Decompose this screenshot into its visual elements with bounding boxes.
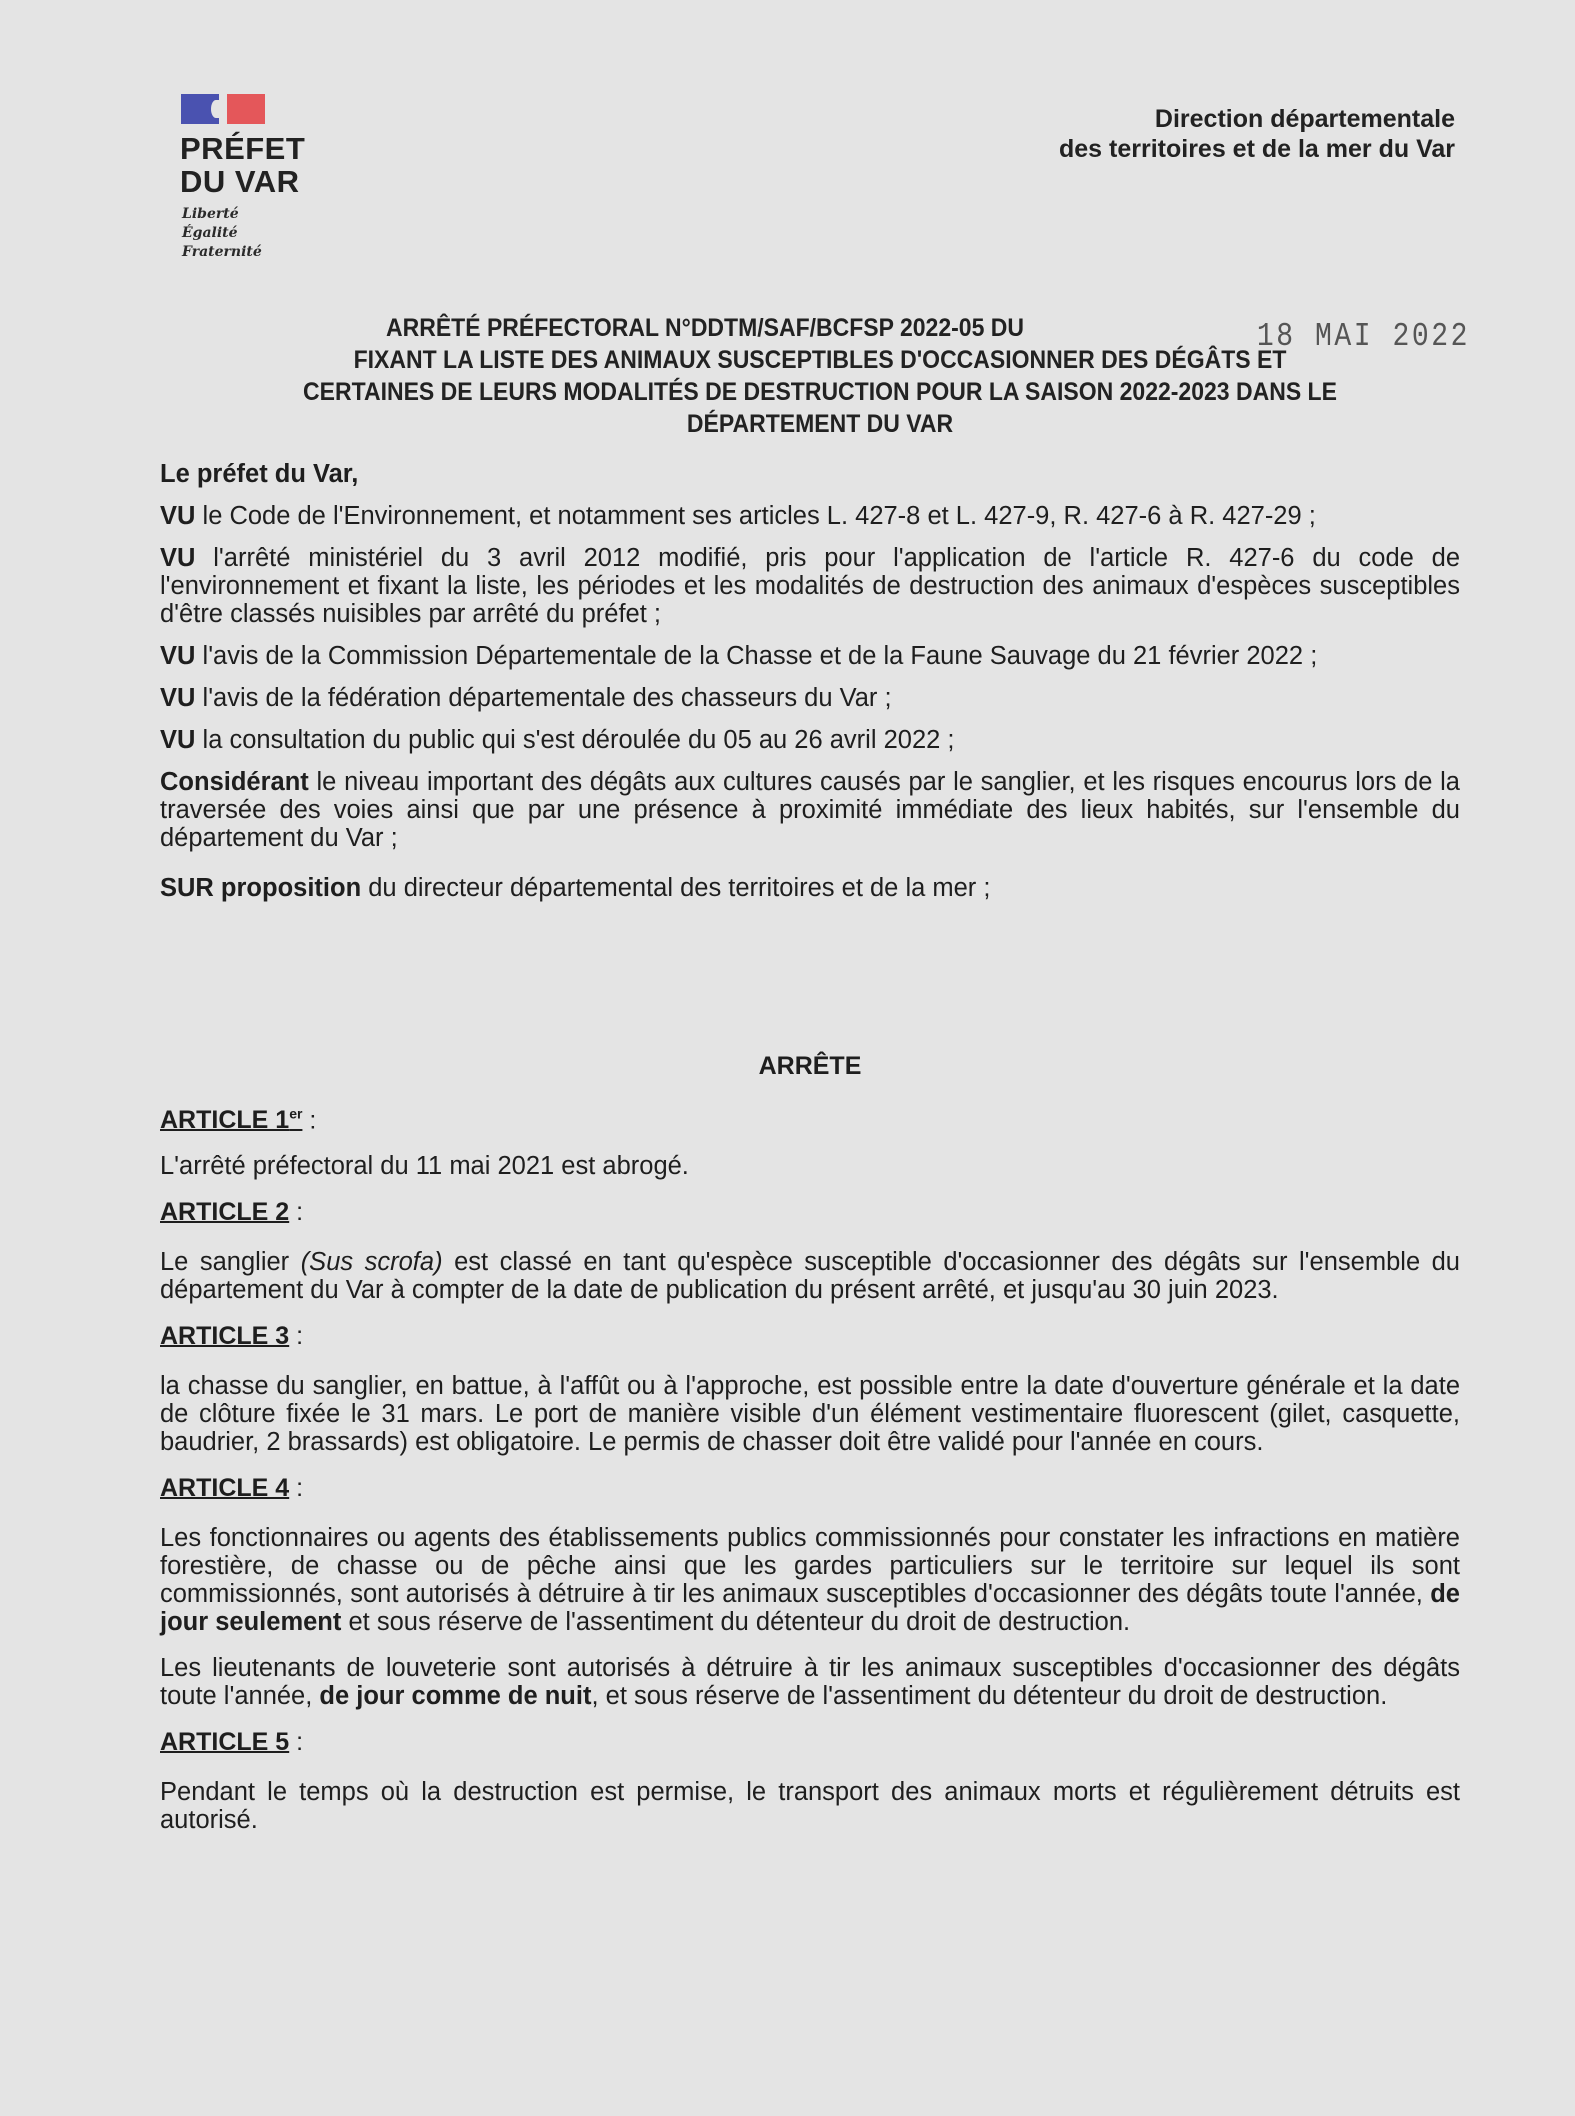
issuing-direction: Direction départementale des territoires… — [1059, 104, 1455, 164]
visa-list: VU le Code de l'Environnement, et notamm… — [160, 502, 1460, 902]
visa-item: VU l'avis de la fédération départemental… — [160, 684, 1460, 712]
title-line-3: CERTAINES DE LEURS MODALITÉS DE DESTRUCT… — [213, 376, 1427, 408]
motto-fraternite: Fraternité — [182, 243, 262, 262]
visa-lead: VU — [160, 684, 195, 712]
marianne-flag-logo-icon — [181, 94, 265, 124]
articles-section: ARTICLE 1er :L'arrêté préfectoral du 11 … — [160, 1100, 1460, 1852]
prefet-logo-text: PRÉFET DU VAR — [180, 132, 305, 198]
visa-item: SUR proposition du directeur département… — [160, 874, 1460, 902]
article-paragraph: la chasse du sanglier, en battue, à l'af… — [160, 1372, 1460, 1456]
logo-line-2: DU VAR — [180, 165, 305, 198]
article-heading: ARTICLE 4 : — [160, 1474, 1460, 1502]
article-heading: ARTICLE 3 : — [160, 1322, 1460, 1350]
article-paragraph: L'arrêté préfectoral du 11 mai 2021 est … — [160, 1152, 1460, 1180]
article-heading: ARTICLE 1er : — [160, 1100, 1460, 1134]
motto-liberte: Liberté — [182, 205, 262, 224]
visa-lead: VU — [160, 544, 195, 572]
visa-item: VU le Code de l'Environnement, et notamm… — [160, 502, 1460, 530]
logo-line-1: PRÉFET — [180, 132, 305, 165]
date-stamp: 18 MAI 2022 — [1257, 318, 1470, 355]
visa-lead: VU — [160, 642, 195, 670]
motto-egalite: Égalité — [182, 224, 262, 243]
article-paragraph: Le sanglier (Sus scrofa) est classé en t… — [160, 1248, 1460, 1304]
direction-line-1: Direction départementale — [1059, 104, 1455, 134]
visa-lead: VU — [160, 726, 195, 754]
visa-text: l'avis de la Commission Départementale d… — [195, 642, 1317, 670]
visa-text: l'avis de la fédération départementale d… — [195, 684, 891, 712]
title-line-4: DÉPARTEMENT DU VAR — [213, 408, 1427, 440]
article-paragraph: Pendant le temps où la destruction est p… — [160, 1778, 1460, 1834]
visa-text: le niveau important des dégâts aux cultu… — [160, 768, 1460, 852]
direction-line-2: des territoires et de la mer du Var — [1059, 134, 1455, 164]
republic-motto: Liberté Égalité Fraternité — [182, 205, 262, 262]
article-heading: ARTICLE 2 : — [160, 1198, 1460, 1226]
visa-text: du directeur départemental des territoir… — [361, 874, 990, 902]
article-heading: ARTICLE 5 : — [160, 1728, 1460, 1756]
title-line-1: ARRÊTÉ PRÉFECTORAL N°DDTM/SAF/BCFSP 2022… — [213, 312, 1427, 344]
visa-lead: Considérant — [160, 768, 309, 796]
visa-text: l'arrêté ministériel du 3 avril 2012 mod… — [160, 544, 1460, 628]
preamble-opening: Le préfet du Var, — [160, 460, 1460, 488]
title-line-2: FIXANT LA LISTE DES ANIMAUX SUSCEPTIBLES… — [213, 344, 1427, 376]
visa-item: VU l'arrêté ministériel du 3 avril 2012 … — [160, 544, 1460, 628]
decree-heading: ARRÊTE — [160, 1052, 1460, 1081]
visa-item: VU l'avis de la Commission Départemental… — [160, 642, 1460, 670]
visa-item: VU la consultation du public qui s'est d… — [160, 726, 1460, 754]
visa-text: la consultation du public qui s'est déro… — [195, 726, 954, 754]
visa-text: le Code de l'Environnement, et notamment… — [195, 502, 1315, 530]
visa-lead: SUR proposition — [160, 874, 361, 902]
article-paragraph: Les lieutenants de louveterie sont autor… — [160, 1654, 1460, 1710]
decree-title: ARRÊTÉ PRÉFECTORAL N°DDTM/SAF/BCFSP 2022… — [213, 312, 1427, 440]
article-paragraph: Les fonctionnaires ou agents des établis… — [160, 1524, 1460, 1636]
preamble: Le préfet du Var, VU le Code de l'Enviro… — [160, 460, 1460, 916]
visa-item: Considérant le niveau important des dégâ… — [160, 768, 1460, 852]
visa-lead: VU — [160, 502, 195, 530]
